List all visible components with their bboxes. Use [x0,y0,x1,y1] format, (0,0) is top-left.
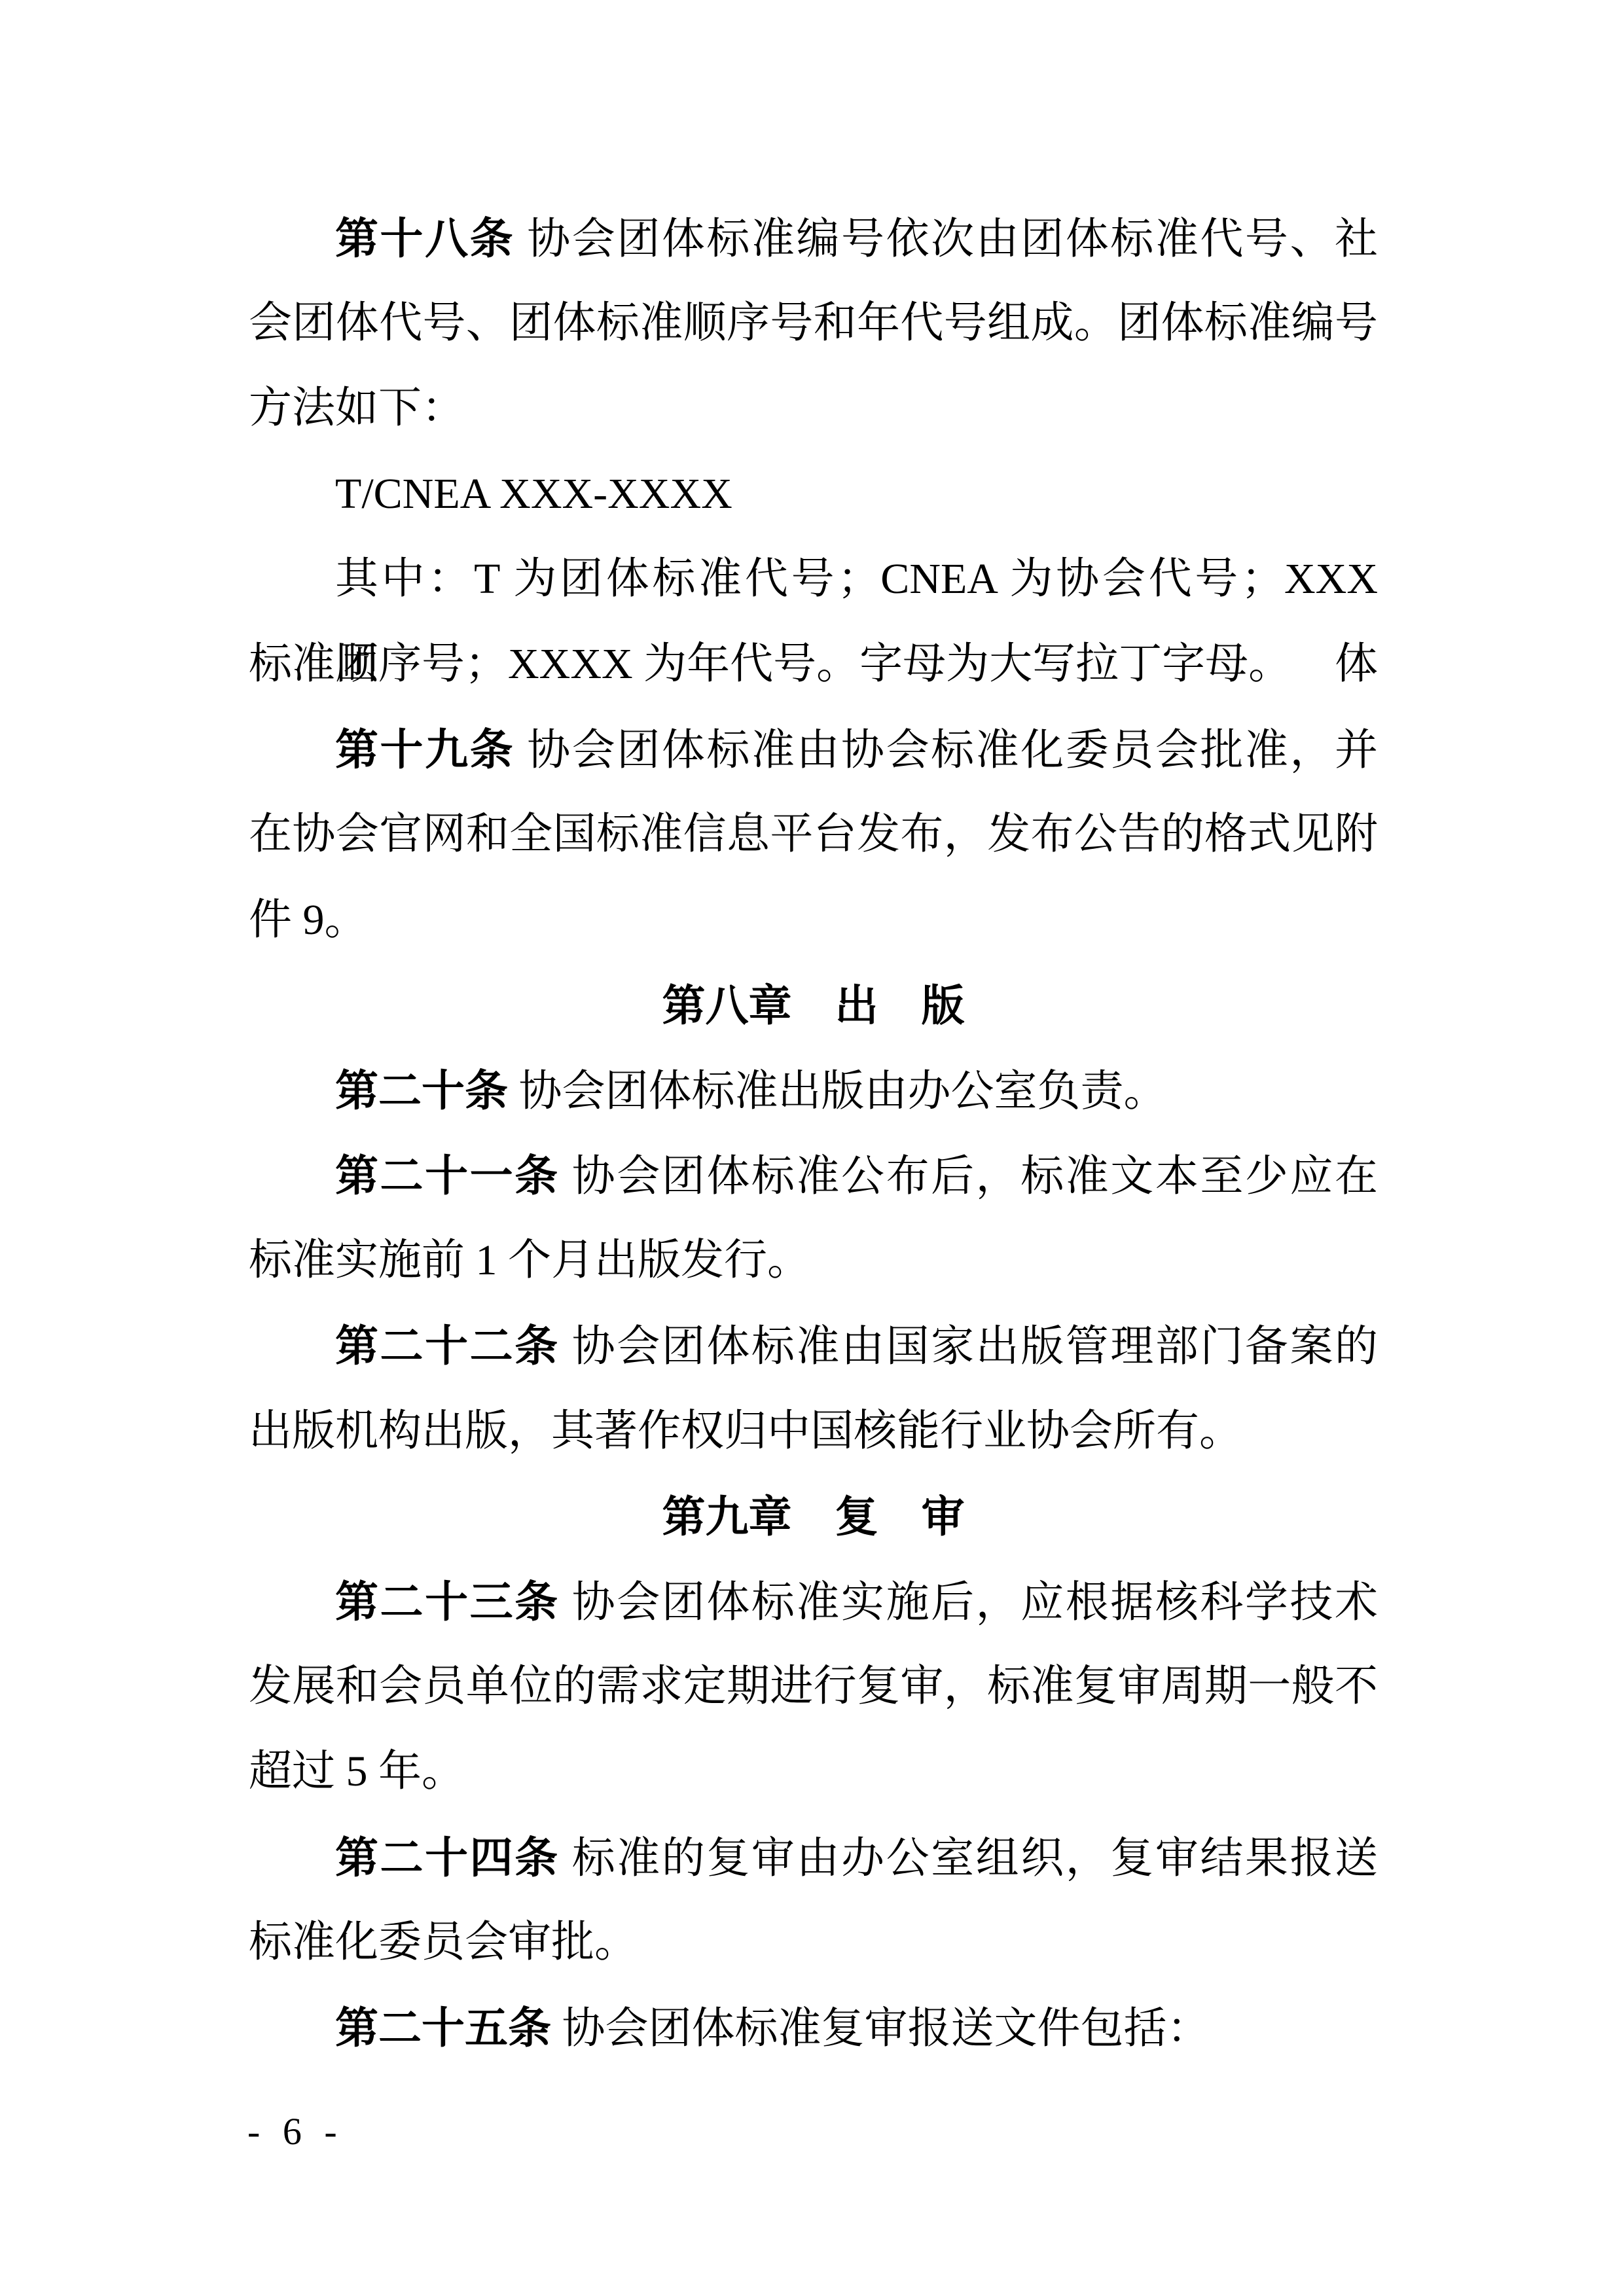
line-text: 协会团体标准由国家出版管理部门备案的 [560,1323,1378,1371]
line-text: 会团体代号、团体标准顺序号和年代号组成。团体标准编号 [249,299,1378,347]
text-line: 其中：T 为团体标准代号；CNEA 为协会代号；XXX 团体 [249,537,1378,622]
article-number: 第二十三条 [335,1577,560,1626]
line-text: 方法如下： [249,384,465,432]
document-body: 第十八条 协会团体标准编号依次由团体标准代号、社 会团体代号、团体标准顺序号和年… [249,196,1378,2070]
line-text: 超过 5 年。 [249,1748,465,1795]
chapter-heading: 第九章 复 审 [249,1474,1378,1559]
article-number: 第十八条 [335,214,514,262]
text-line: 在协会官网和全国标准信息平台发布，发布公告的格式见附 [249,792,1378,877]
article-number: 第二十二条 [335,1321,560,1370]
article-number: 第二十四条 [335,1833,560,1882]
line-text: T/CNEA XXX-XXXX [335,470,732,518]
line-text: 标准顺序号；XXXX 为年代号。字母为大写拉丁字母。 [249,640,1291,688]
chapter-heading-text: 第八章 出 版 [662,981,965,1030]
chapter-heading: 第八章 出 版 [249,963,1378,1048]
text-line: 标准实施前 1 个月出版发行。 [249,1218,1378,1303]
text-line: 第二十二条 协会团体标准由国家出版管理部门备案的 [249,1303,1378,1388]
article-number: 第二十条 [335,1066,508,1115]
line-text: 协会团体标准复审报送文件包括： [551,2005,1210,2053]
page-number: - 6 - [247,2109,344,2155]
text-line: 第二十一条 协会团体标准公布后，标准文本至少应在 [249,1133,1378,1218]
text-line: 发展和会员单位的需求定期进行复审，标准复审周期一般不 [249,1644,1378,1729]
line-text: 协会团体标准公布后，标准文本至少应在 [560,1153,1378,1200]
text-line: 件 9。 [249,878,1378,963]
line-text: 件 9。 [249,896,368,944]
line-text: 协会团体标准由协会标准化委员会批准，并 [514,726,1378,774]
text-line: 出版机构出版，其著作权归中国核能行业协会所有。 [249,1389,1378,1474]
line-text: 在协会官网和全国标准信息平台发布，发布公告的格式见附 [249,810,1378,858]
text-line: 第二十条 协会团体标准出版由办公室负责。 [249,1048,1378,1133]
standard-code-line: T/CNEA XXX-XXXX [249,452,1378,537]
line-text: 协会团体标准实施后，应根据核科学技术 [560,1579,1378,1626]
text-line: 标准化委员会审批。 [249,1900,1378,1985]
line-text: 标准化委员会审批。 [249,1918,638,1966]
line-text: 出版机构出版，其著作权归中国核能行业协会所有。 [249,1407,1242,1455]
text-line: 超过 5 年。 [249,1729,1378,1814]
chapter-heading-text: 第九章 复 审 [662,1492,965,1541]
article-number: 第十九条 [335,725,514,774]
line-text: 标准的复审由办公室组织，复审结果报送 [560,1835,1378,1882]
document-page: 第十八条 协会团体标准编号依次由团体标准代号、社 会团体代号、团体标准顺序号和年… [0,0,1624,2296]
text-line: 第十九条 协会团体标准由协会标准化委员会批准，并 [249,707,1378,792]
text-line: 方法如下： [249,366,1378,451]
article-number: 第二十五条 [335,2003,551,2052]
line-text: 发展和会员单位的需求定期进行复审，标准复审周期一般不 [249,1662,1378,1710]
line-text: 标准实施前 1 个月出版发行。 [249,1236,810,1284]
text-line: 第二十五条 协会团体标准复审报送文件包括： [249,1985,1378,2070]
text-line: 标准顺序号；XXXX 为年代号。字母为大写拉丁字母。 [249,622,1378,707]
line-text: 协会团体标准出版由办公室负责。 [508,1067,1167,1115]
text-line: 会团体代号、团体标准顺序号和年代号组成。团体标准编号 [249,281,1378,366]
article-number: 第二十一条 [335,1151,560,1200]
text-line: 第二十四条 标准的复审由办公室组织，复审结果报送 [249,1815,1378,1900]
text-line: 第十八条 协会团体标准编号依次由团体标准代号、社 [249,196,1378,281]
line-text: 协会团体标准编号依次由团体标准代号、社 [514,215,1378,263]
text-line: 第二十三条 协会团体标准实施后，应根据核科学技术 [249,1559,1378,1644]
